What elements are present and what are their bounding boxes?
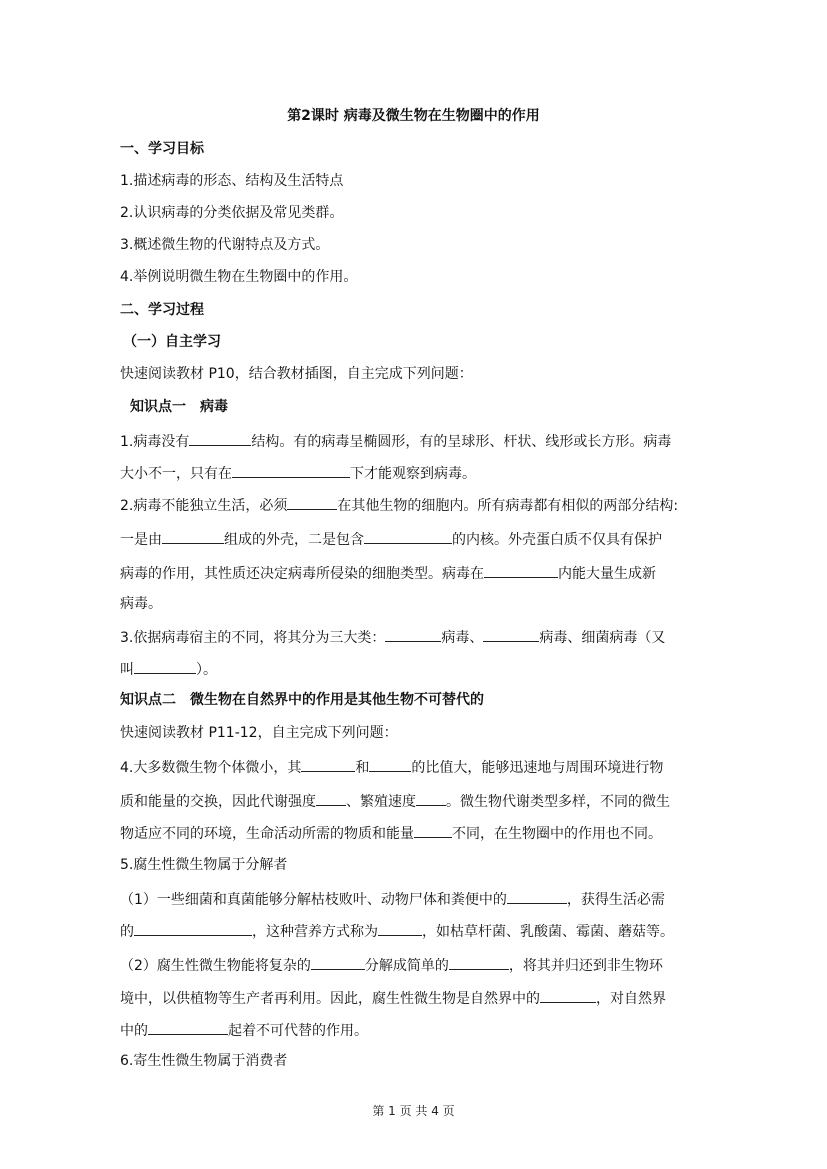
text: 质和能量的交换，因此代谢强度 <box>120 794 316 810</box>
text: 内能大量生成新 <box>558 566 656 582</box>
subsection-heading: （一）自主学习 <box>123 332 709 352</box>
question-2-line-3: 病毒的作用，其性质还决定病毒所侵染的细胞类型。病毒在内能大量生成新 <box>120 562 706 584</box>
answer-blank[interactable] <box>162 528 224 544</box>
answer-blank[interactable] <box>232 462 350 478</box>
page-number-footer: 第 1 页 共 4 页 <box>0 1102 827 1119</box>
knowledge-point-heading: 知识点二 微生物在自然界中的作用是其他生物不可替代的 <box>120 690 706 710</box>
text: 的内核。外壳蛋白质不仅具有保护 <box>452 532 662 548</box>
text: 一是由 <box>120 532 162 548</box>
objective-item: 4.举例说明微生物在生物圈中的作用。 <box>120 267 706 287</box>
question-4-line-1: 4.大多数微生物个体微小，其和的比值大，能够迅速地与周围环境进行物 <box>120 756 706 778</box>
answer-blank[interactable] <box>483 626 539 642</box>
answer-blank[interactable] <box>414 822 452 838</box>
answer-blank[interactable] <box>134 658 196 674</box>
text: 大小不一，只有在 <box>120 466 232 482</box>
question-6-heading: 6.寄生性微生物属于消费者 <box>120 1051 706 1071</box>
text: 叫 <box>120 662 134 678</box>
text: 4.大多数微生物个体微小，其 <box>120 760 301 776</box>
question-5-part-2-line-3: 中的起着不可代替的作用。 <box>120 1019 706 1041</box>
text: 物适应不同的环境，生命活动所需的物质和能量 <box>120 826 414 842</box>
question-3-line-1: 3.依据病毒宿主的不同，将其分为三大类：病毒、病毒、细菌病毒（又 <box>120 626 706 648</box>
section-heading-process: 二、学习过程 <box>120 300 706 320</box>
answer-blank[interactable] <box>540 987 596 1003</box>
text: 1.病毒没有 <box>120 434 189 450</box>
question-5-part-1-line-1: （1）一些细菌和真菌能够分解枯枝败叶、动物尸体和粪便中的，获得生活必需 <box>120 888 706 910</box>
answer-blank[interactable] <box>134 920 252 936</box>
answer-blank[interactable] <box>507 888 567 904</box>
page-title: 第2课时 病毒及微生物在生物圈中的作用 <box>0 106 827 126</box>
text: 2.病毒不能独立生活，必须 <box>120 498 287 514</box>
text: 境中，以供植物等生产者再利用。因此，腐生性微生物是自然界中的 <box>120 991 540 1007</box>
reading-instruction: 快速阅读教材 P10，结合教材插图，自主完成下列问题： <box>120 364 706 384</box>
question-2-line-2: 一是由组成的外壳，二是包含的内核。外壳蛋白质不仅具有保护 <box>120 528 706 550</box>
text: 病毒、 <box>441 630 483 646</box>
text: ，这种营养方式称为 <box>252 924 378 940</box>
text: 病毒、细菌病毒（又 <box>539 630 665 646</box>
question-5-heading: 5.腐生性微生物属于分解者 <box>120 855 706 875</box>
question-4-line-2: 质和能量的交换，因此代谢强度、繁殖速度。微生物代谢类型多样，不同的微生 <box>120 790 706 812</box>
answer-blank[interactable] <box>449 954 509 970</box>
text: 的 <box>120 924 134 940</box>
text: 。微生物代谢类型多样，不同的微生 <box>446 794 670 810</box>
answer-blank[interactable] <box>385 626 441 642</box>
text: 不同，在生物圈中的作用也不同。 <box>452 826 662 842</box>
question-1-line-2: 大小不一，只有在下才能观察到病毒。 <box>120 462 706 484</box>
text: ）。 <box>196 662 217 678</box>
answer-blank[interactable] <box>148 1019 228 1035</box>
answer-blank[interactable] <box>484 562 558 578</box>
answer-blank[interactable] <box>364 528 452 544</box>
answer-blank[interactable] <box>189 430 251 446</box>
answer-blank[interactable] <box>287 494 337 510</box>
text: 、繁殖速度 <box>346 794 416 810</box>
question-5-part-1-line-2: 的，这种营养方式称为，如枯草杆菌、乳酸菌、霉菌、蘑菇等。 <box>120 920 706 942</box>
text: 3.依据病毒宿主的不同，将其分为三大类： <box>120 630 385 646</box>
text: （2）腐生性微生物能将复杂的 <box>120 958 311 974</box>
text: 下才能观察到病毒。 <box>350 466 476 482</box>
reading-instruction: 快速阅读教材 P11-12，自主完成下列问题： <box>120 723 706 743</box>
text: ，对自然界 <box>596 991 666 1007</box>
text: 和 <box>355 760 369 776</box>
objective-item: 3.概述微生物的代谢特点及方式。 <box>120 235 706 255</box>
answer-blank[interactable] <box>316 790 346 806</box>
question-2-line-4: 病毒。 <box>120 594 706 614</box>
answer-blank[interactable] <box>311 954 365 970</box>
text: 起着不可代替的作用。 <box>228 1023 368 1039</box>
objective-item: 1.描述病毒的形态、结构及生活特点 <box>120 171 706 191</box>
text: 组成的外壳，二是包含 <box>224 532 364 548</box>
text: （1）一些细菌和真菌能够分解枯枝败叶、动物尸体和粪便中的 <box>120 892 507 908</box>
question-1-line-1: 1.病毒没有结构。有的病毒呈椭圆形，有的呈球形、杆状、线形或长方形。病毒 <box>120 430 706 452</box>
answer-blank[interactable] <box>416 790 446 806</box>
text: 在其他生物的细胞内。所有病毒都有相似的两部分结构: <box>337 498 678 514</box>
knowledge-point-heading: 知识点一 病毒 <box>130 397 716 417</box>
text: ，将其并归还到非生物环 <box>509 958 663 974</box>
answer-blank[interactable] <box>378 920 422 936</box>
text: ，获得生活必需 <box>567 892 665 908</box>
text: 的比值大，能够迅速地与周围环境进行物 <box>411 760 663 776</box>
question-2-line-1: 2.病毒不能独立生活，必须在其他生物的细胞内。所有病毒都有相似的两部分结构: <box>120 494 706 516</box>
question-5-part-2-line-2: 境中，以供植物等生产者再利用。因此，腐生性微生物是自然界中的，对自然界 <box>120 987 706 1009</box>
section-heading-objectives: 一、学习目标 <box>120 139 706 159</box>
answer-blank[interactable] <box>301 756 355 772</box>
text: ，如枯草杆菌、乳酸菌、霉菌、蘑菇等。 <box>422 924 674 940</box>
text: 病毒的作用，其性质还决定病毒所侵染的细胞类型。病毒在 <box>120 566 484 582</box>
text: 结构。有的病毒呈椭圆形，有的呈球形、杆状、线形或长方形。病毒 <box>251 434 671 450</box>
text: 中的 <box>120 1023 148 1039</box>
answer-blank[interactable] <box>369 756 411 772</box>
text: 分解成简单的 <box>365 958 449 974</box>
question-4-line-3: 物适应不同的环境，生命活动所需的物质和能量不同，在生物圈中的作用也不同。 <box>120 822 706 844</box>
document-page: 第2课时 病毒及微生物在生物圈中的作用 一、学习目标 1.描述病毒的形态、结构及… <box>0 0 827 1169</box>
question-5-part-2-line-1: （2）腐生性微生物能将复杂的分解成简单的，将其并归还到非生物环 <box>120 954 706 976</box>
question-3-line-2: 叫）。 <box>120 658 706 680</box>
objective-item: 2.认识病毒的分类依据及常见类群。 <box>120 203 706 223</box>
